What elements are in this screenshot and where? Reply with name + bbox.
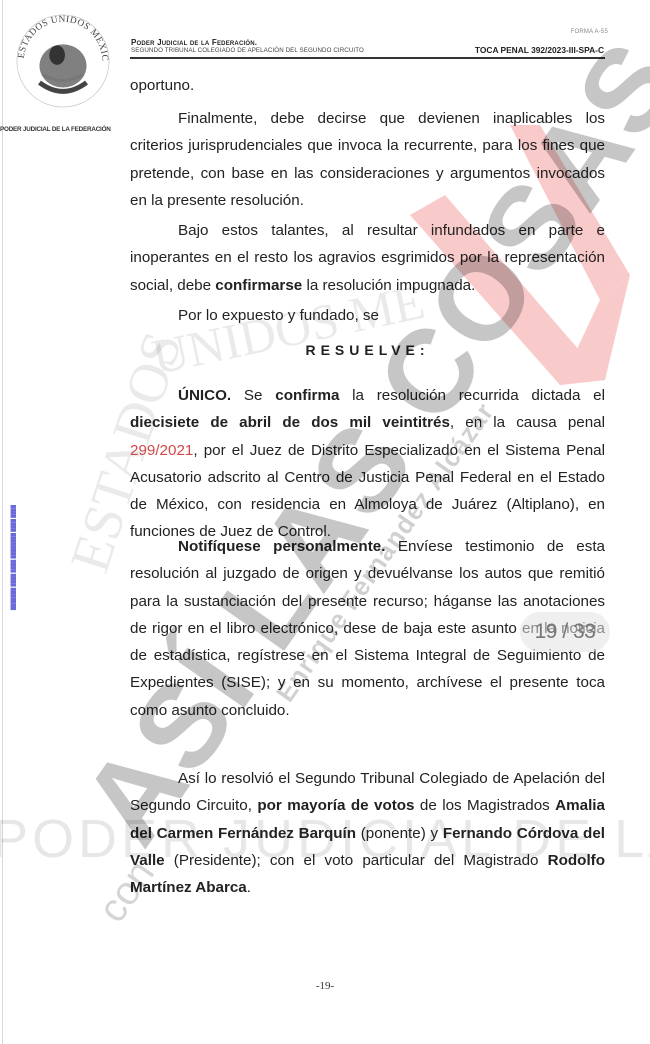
page-indicator: 19 / 33 bbox=[520, 612, 610, 652]
text-run: (ponente) y bbox=[356, 825, 443, 842]
header-rule bbox=[130, 57, 605, 59]
document-page: ESTADOS UNIDOS ME PODER JUDICIAL DE LA F… bbox=[0, 0, 650, 1044]
bold-run: confirmarse bbox=[215, 277, 302, 294]
text-run: de los Magistrados bbox=[415, 797, 556, 814]
bold-run: ÚNICO. bbox=[178, 387, 231, 404]
text-run: (Presidente); con el voto particular del… bbox=[165, 852, 548, 869]
text-run: Se bbox=[231, 387, 275, 404]
mexican-coat-of-arms-icon: ESTADOS UNIDOS MEXICANOS bbox=[14, 12, 112, 110]
electronic-signature-strip: ████ ████ ████████ ████ ████ ███████ bbox=[4, 505, 16, 630]
institution-name: Poder Judicial de la Federación. bbox=[131, 38, 257, 47]
page-edge bbox=[2, 0, 3, 1044]
page-number: -19- bbox=[0, 980, 650, 992]
case-reference: 299/2021 bbox=[130, 442, 193, 459]
bold-run: por mayoría de votos bbox=[257, 797, 414, 814]
paragraph-continuation: oportuno. bbox=[130, 72, 605, 99]
court-name: SEGUNDO TRIBUNAL COLEGIADO DE APELACIÓN … bbox=[131, 47, 364, 54]
seal-caption: PODER JUDICIAL DE LA FEDERACIÓN bbox=[0, 126, 122, 133]
text-run: . bbox=[247, 879, 251, 896]
paragraph-text: oportuno. bbox=[130, 72, 605, 99]
